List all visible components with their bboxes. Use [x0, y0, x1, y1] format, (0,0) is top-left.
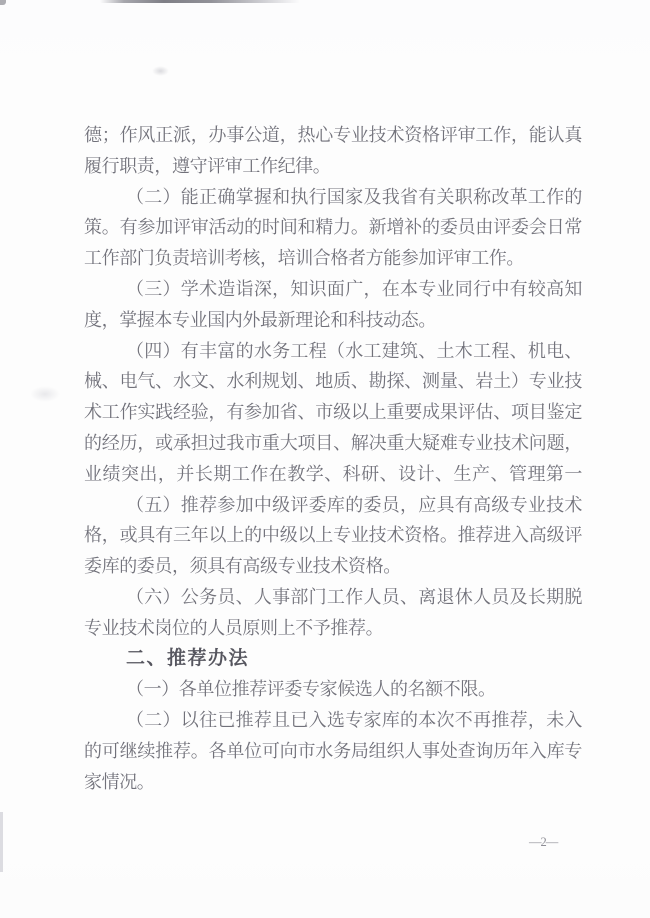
text-line: 委库的委员，须具有高级专业技术资格。: [84, 551, 582, 582]
scan-artifact-smudge: [152, 66, 169, 76]
text-line: 格，或具有三年以上的中级以上专业技术资格。推荐进入高级评: [84, 520, 582, 551]
text-line: 械、电气、水文、水利规划、地质、勘探、测量、岩土）专业技: [84, 366, 582, 397]
text-line: （一）各单位推荐评委专家候选人的名额不限。: [84, 674, 582, 705]
scan-artifact-top-edge-line: [100, 0, 300, 3]
text-line: （四）有丰富的水务工程（水工建筑、土木工程、机电、机: [84, 336, 582, 367]
scan-artifact-corner-mark: [0, 0, 6, 5]
text-line: （二）能正确掌握和执行国家及我省有关职称改革工作的政: [84, 182, 582, 213]
text-line: 家情况。: [84, 767, 582, 798]
scanned-document-page: 德；作风正派，办事公道，热心专业技术资格评审工作，能认真履行职责，遵守评审工作纪…: [0, 0, 650, 918]
text-line: （三）学术造诣深，知识面广，在本专业同行中有较高知名: [84, 274, 582, 305]
text-line: 履行职责，遵守评审工作纪律。: [84, 151, 582, 182]
text-line: （五）推荐参加中级评委库的委员，应具有高级专业技术资: [84, 490, 582, 521]
text-line: （六）公务员、人事部门工作人员、离退休人员及长期脱离: [84, 582, 582, 613]
document-body: 德；作风正派，办事公道，热心专业技术资格评审工作，能认真履行职责，遵守评审工作纪…: [84, 120, 582, 798]
page-number: —2—: [529, 835, 585, 850]
section-heading: 二、推荐办法: [84, 644, 582, 675]
text-line: 术工作实践经验，有参加省、市级以上重要成果评估、项目鉴定: [84, 397, 582, 428]
text-line: 业绩突出，并长期工作在教学、科研、设计、生产、管理第一线。: [84, 459, 582, 490]
text-line: 德；作风正派，办事公道，热心专业技术资格评审工作，能认真: [84, 120, 582, 151]
text-line: （二）以往已推荐且已入选专家库的本次不再推荐，未入选: [84, 705, 582, 736]
text-line: 度，掌握本专业国内外最新理论和科技动态。: [84, 305, 582, 336]
text-line: 专业技术岗位的人员原则上不予推荐。: [84, 613, 582, 644]
text-line: 策。有参加评审活动的时间和精力。新增补的委员由评委会日常: [84, 212, 582, 243]
text-line: 的经历，或承担过我市重大项目、解决重大疑难专业技术问题，: [84, 428, 582, 459]
text-line: 的可继续推荐。各单位可向市水务局组织人事处查询历年入库专: [84, 736, 582, 767]
scan-artifact-smudge: [30, 386, 60, 402]
text-line: 工作部门负责培训考核，培训合格者方能参加评审工作。: [84, 243, 582, 274]
scan-artifact-left-edge: [0, 812, 3, 872]
